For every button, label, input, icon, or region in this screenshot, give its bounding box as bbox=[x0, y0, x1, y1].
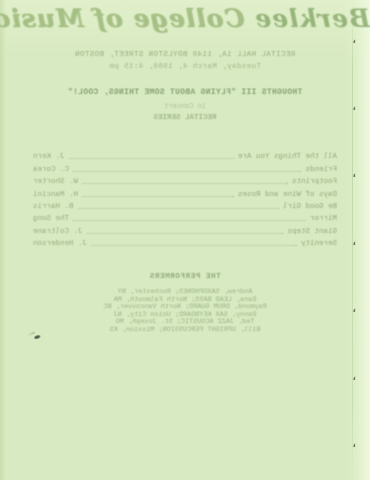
program-title: Footprints bbox=[292, 178, 337, 186]
program-composer: B. Harris bbox=[33, 203, 74, 211]
venue-line: RECITAL HALL 1A, 1140 BOYLSTON STREET, B… bbox=[0, 51, 370, 59]
program-row: Friends C. Corea bbox=[33, 161, 337, 173]
concert-title: THOUGHTS III "FLYING ABOUT SOME THINGS, … bbox=[0, 88, 370, 97]
program-title: Serenity bbox=[301, 240, 337, 248]
concert-subtitle-2: RECITAL SERIES bbox=[0, 114, 370, 122]
dot-leader bbox=[69, 158, 234, 159]
masthead-brand-rest: College of Music bbox=[0, 4, 254, 33]
paper-edge-crease bbox=[352, 0, 353, 480]
program-title: All the Things You Are bbox=[238, 153, 337, 161]
program-title: Mirror bbox=[310, 215, 337, 223]
program-title: Days of Wine and Roses bbox=[238, 191, 337, 199]
program-row: Giant Steps J. Coltrane bbox=[33, 223, 337, 235]
date-line: Tuesday, March 4, 1980, 4:15 pm bbox=[0, 63, 370, 71]
bleed-through-layer: Berklee College of Music RECITAL HALL 1A… bbox=[0, 0, 370, 480]
program-composer: The Song bbox=[33, 215, 69, 223]
program-composer: H. Mancini bbox=[33, 191, 78, 199]
performers-block: THE PERFORMERS Andrew, SAXOPHONES; Roche… bbox=[0, 273, 370, 335]
program-composer: J. Coltrane bbox=[33, 228, 83, 236]
program-composer: J. Kern bbox=[33, 153, 65, 161]
program-row: Mirror The Song bbox=[33, 211, 337, 223]
program-row: Footprints W. Shorter bbox=[33, 174, 337, 186]
dot-leader bbox=[82, 183, 288, 184]
concert-subtitle-1: in Concert bbox=[0, 103, 370, 111]
masthead-title: Berklee College of Music bbox=[0, 4, 370, 33]
program-title: Be Good Girl bbox=[283, 203, 337, 211]
dot-leader bbox=[73, 171, 301, 172]
program-title: Friends bbox=[305, 166, 337, 174]
performer-line: Bill, UPRIGHT PERCUSSION; Mission, KS bbox=[0, 327, 370, 335]
program-composer: C. Corea bbox=[33, 166, 69, 174]
program-row: Be Good Girl B. Harris bbox=[33, 199, 337, 211]
program-title: Giant Steps bbox=[287, 228, 337, 236]
dot-leader bbox=[82, 196, 234, 197]
program-row: Days of Wine and Roses H. Mancini bbox=[33, 186, 337, 198]
dot-leader bbox=[78, 208, 279, 209]
scanned-program-page: Berklee College of Music RECITAL HALL 1A… bbox=[0, 0, 370, 480]
program-row: Serenity J. Henderson bbox=[33, 236, 337, 248]
dot-leader bbox=[87, 233, 284, 234]
program-row: All the Things You Are J. Kern bbox=[33, 149, 337, 161]
program-list: All the Things You Are J. Kern Friends C… bbox=[33, 149, 337, 248]
performers-heading: THE PERFORMERS bbox=[0, 273, 370, 281]
dot-leader bbox=[73, 220, 306, 221]
dot-leader bbox=[91, 245, 297, 246]
program-composer: J. Henderson bbox=[33, 240, 87, 248]
program-composer: W. Shorter bbox=[33, 178, 78, 186]
